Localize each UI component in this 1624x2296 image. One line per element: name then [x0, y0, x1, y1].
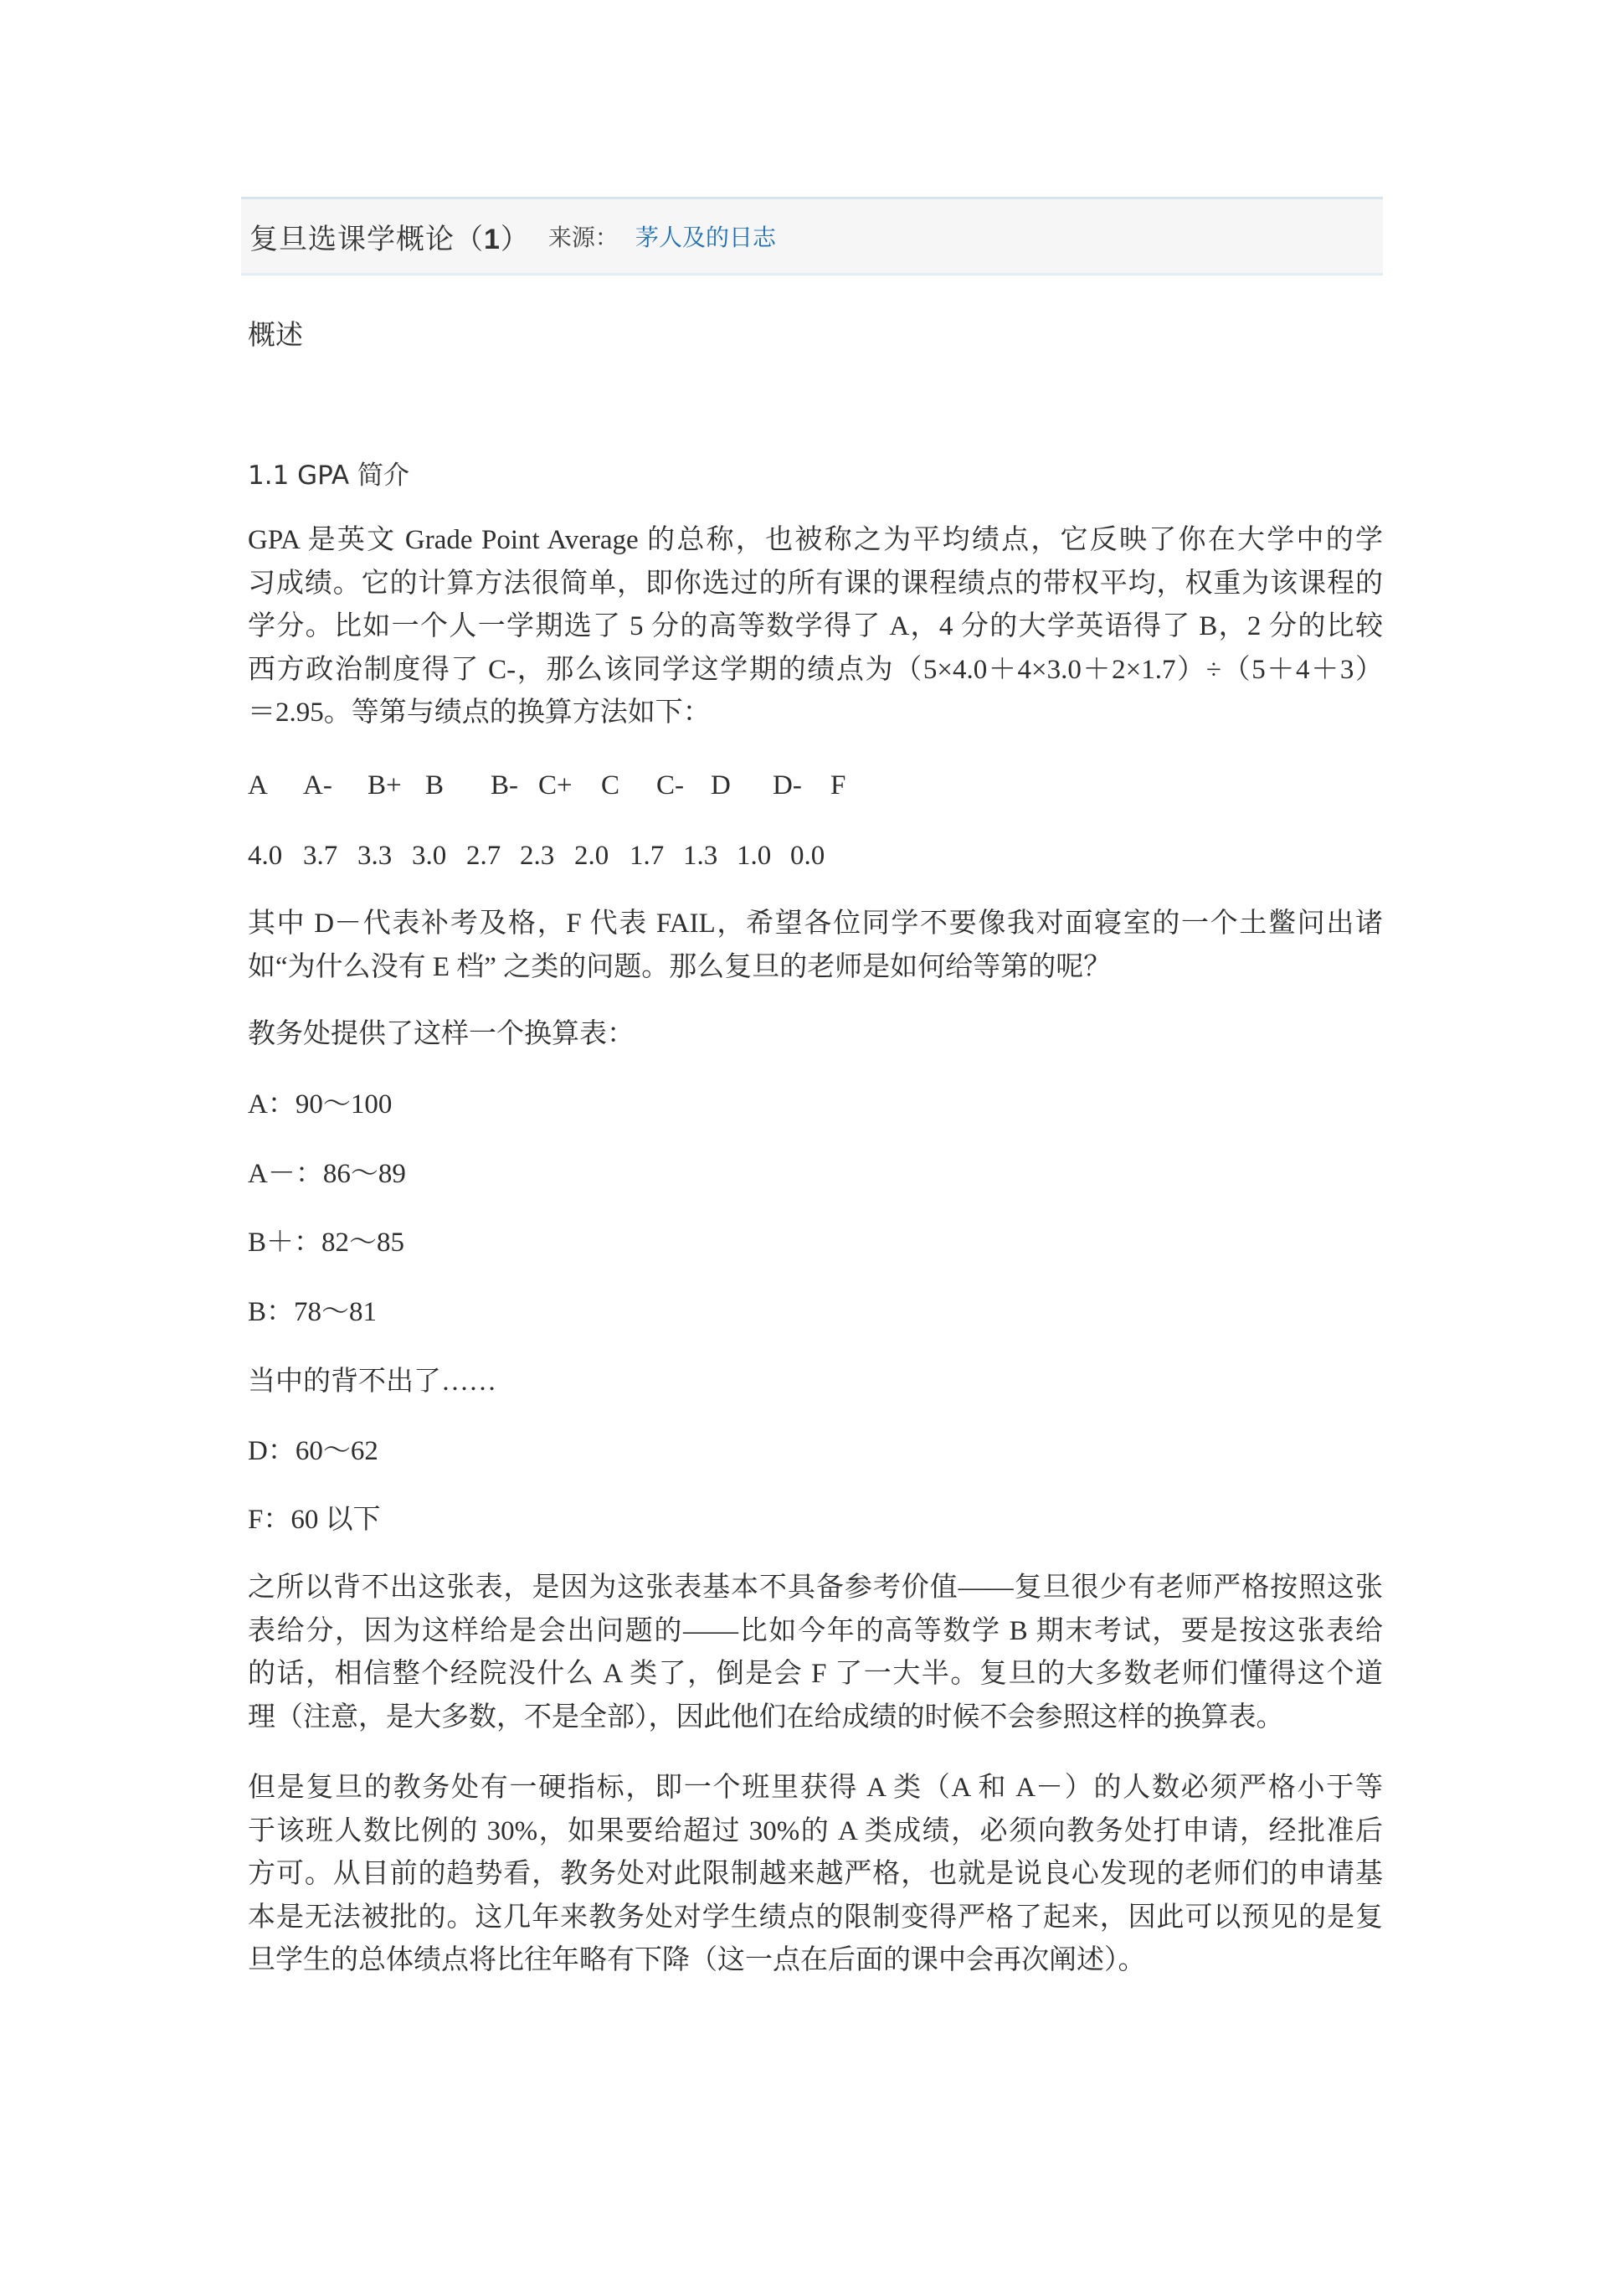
grade-point: 1.0 — [737, 839, 771, 873]
paragraph-line: 但是复旦的教务处有一硬指标，即一个班里获得 A 类（A 和 A－）的人数必须严格… — [248, 1767, 1383, 1810]
score-range-item: D：60～62 — [248, 1434, 378, 1468]
title-number: 1 — [484, 224, 501, 255]
gpa-heading: 1.1 GPA 简介 — [248, 459, 409, 492]
paragraph-line: 其中 D－代表补考及格，F 代表 FAIL，希望各位同学不要像我对面寝室的一个土… — [248, 903, 1383, 946]
grade-letter: F — [830, 769, 845, 802]
paragraph-line: 之所以背不出这张表，是因为这张表基本不具备参考价值——复旦很少有老师严格按照这张 — [248, 1567, 1383, 1610]
grade-point: 1.3 — [683, 839, 717, 873]
paragraph-table-explanation: 之所以背不出这张表，是因为这张表基本不具备参考价值——复旦很少有老师严格按照这张… — [248, 1567, 1383, 1739]
grade-letter: B- — [491, 769, 518, 802]
paragraph-line: 于该班人数比例的 30%，如果要给超过 30%的 A 类成绩，必须向教务处打申请… — [248, 1810, 1383, 1854]
grade-point: 0.0 — [790, 839, 825, 873]
paragraph-line: 习成绩。它的计算方法很简单，即你选过的所有课的课程绩点的带权平均，权重为该课程的 — [248, 563, 1383, 606]
paragraph-line: 方可。从目前的趋势看，教务处对此限制越来越严格，也就是说良心发现的老师们的申请基 — [248, 1853, 1383, 1897]
paragraph-line: 本是无法被批的。这几年来教务处对学生绩点的限制变得严格了起来，因此可以预见的是复 — [248, 1897, 1383, 1940]
paragraph-gpa-intro: GPA 是英文 Grade Point Average 的总称，也被称之为平均绩… — [248, 519, 1383, 735]
grade-point: 1.7 — [630, 839, 664, 873]
score-range-item: B：78～81 — [248, 1295, 377, 1329]
grade-letter: B+ — [367, 769, 402, 802]
paragraph-line: 的话，相信整个经院没什么 A 类了，倒是会 F 了一大半。复旦的大多数老师们懂得… — [248, 1653, 1383, 1696]
grade-letter: D — [711, 769, 731, 802]
score-range-item: A－：86～89 — [248, 1157, 406, 1191]
paragraph-line: GPA 是英文 Grade Point Average 的总称，也被称之为平均绩… — [248, 519, 1383, 563]
grade-point: 3.3 — [357, 839, 392, 873]
grade-point: 4.0 — [248, 839, 282, 873]
grade-letter: A- — [303, 769, 332, 802]
paragraph-line: 理（注意，是大多数，不是全部），因此他们在给成绩的时候不会参照这样的换算表。 — [248, 1696, 1383, 1740]
score-range-item: F：60 以下 — [248, 1503, 381, 1537]
grade-letter: C — [601, 769, 619, 802]
paragraph-quota-rule: 但是复旦的教务处有一硬指标，即一个班里获得 A 类（A 和 A－）的人数必须严格… — [248, 1767, 1383, 1983]
grade-point: 2.7 — [466, 839, 501, 873]
grade-letter: A — [248, 769, 268, 802]
grade-point: 3.7 — [303, 839, 337, 873]
grade-letter: B — [425, 769, 444, 802]
paragraph-line: 旦学生的总体绩点将比往年略有下降（这一点在后面的课中会再次阐述）。 — [248, 1939, 1383, 1983]
source-label: 来源： — [548, 219, 619, 253]
grade-point: 3.0 — [412, 839, 446, 873]
grade-letter: C+ — [538, 769, 573, 802]
paragraph-line: 学分。比如一个人一学期选了 5 分的高等数学得了 A，4 分的大学英语得了 B，… — [248, 605, 1383, 649]
score-range-item: 当中的背不出了…… — [248, 1365, 496, 1398]
score-range-item: B＋：82～85 — [248, 1226, 404, 1259]
document-page: 复旦选课学概论（1） 来源： 茅人及的日志 概述 1.1 GPA 简介 GPA … — [0, 0, 1624, 2296]
article-title: 复旦选课学概论（1） — [249, 216, 530, 257]
grade-letter: D- — [773, 769, 802, 802]
paragraph-line: 西方政治制度得了 C-，那么该同学这学期的绩点为（5×4.0＋4×3.0＋2×1… — [248, 649, 1383, 692]
grade-letter: C- — [656, 769, 684, 802]
overview-heading: 概述 — [248, 319, 303, 353]
paragraph-grade-notes: 其中 D－代表补考及格，F 代表 FAIL，希望各位同学不要像我对面寝室的一个土… — [248, 903, 1383, 989]
article-header: 复旦选课学概论（1） 来源： 茅人及的日志 — [241, 197, 1383, 275]
conversion-intro: 教务处提供了这样一个换算表： — [248, 1017, 635, 1051]
score-range-item: A：90～100 — [248, 1088, 392, 1121]
paragraph-line: ＝2.95。等第与绩点的换算方法如下： — [248, 692, 1383, 735]
grade-point: 2.0 — [574, 839, 609, 873]
paragraph-line: 表给分，因为这样给是会出问题的——比如今年的高等数学 B 期末考试，要是按这张表… — [248, 1610, 1383, 1654]
paragraph-line: 如“为什么没有 E 档” 之类的问题。那么复旦的老师是如何给等第的呢？ — [248, 946, 1383, 990]
grade-point: 2.3 — [520, 839, 554, 873]
source-link[interactable]: 茅人及的日志 — [635, 219, 776, 253]
